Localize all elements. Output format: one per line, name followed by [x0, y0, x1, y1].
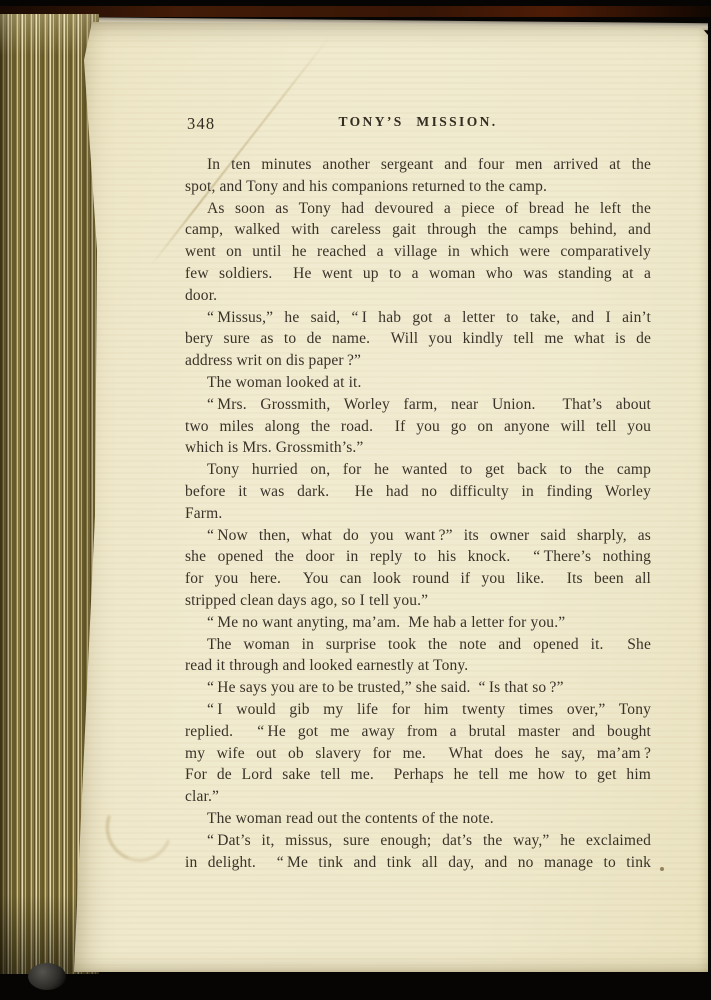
scanned-book-photo: 348 TONY’S MISSION. In ten minutes anoth… [0, 0, 711, 1000]
book-page: 348 TONY’S MISSION. In ten minutes anoth… [62, 22, 708, 972]
text-line: The woman looked at it. [185, 372, 651, 394]
text-line: door. [185, 285, 651, 307]
text-line: spot, and Tony and his companions return… [185, 176, 651, 198]
text-line: “ Now then, what do you want ?” its owne… [185, 525, 651, 547]
paragraph: The woman read out the contents of the n… [185, 808, 651, 830]
text-line: two miles along the road. If you go on a… [185, 416, 651, 438]
text-line: For de Lord sake tell me. Perhaps he tel… [185, 764, 651, 786]
text-line: As soon as Tony had devoured a piece of … [185, 198, 651, 220]
text-line: “ Dat’s it, missus, sure enough; dat’s t… [185, 830, 651, 852]
paragraph: “ Now then, what do you want ?” its owne… [185, 525, 651, 612]
paragraph: “ Dat’s it, missus, sure enough; dat’s t… [185, 830, 651, 874]
paragraph: “ Mrs. Grossmith, Worley farm, near Unio… [185, 394, 651, 459]
text-line: read it through and looked earnestly at … [185, 655, 651, 677]
page-content: 348 TONY’S MISSION. In ten minutes anoth… [185, 22, 651, 873]
text-line: Tony hurried on, for he wanted to get ba… [185, 459, 651, 481]
text-line: few soldiers. He went up to a woman who … [185, 263, 651, 285]
page-number: 348 [187, 114, 215, 134]
running-title: TONY’S MISSION. [185, 114, 651, 130]
paragraph: The woman in surprise took the note and … [185, 634, 651, 678]
text-line: “ Mrs. Grossmith, Worley farm, near Unio… [185, 394, 651, 416]
text-line: “ I would gib my life for him twenty tim… [185, 699, 651, 721]
text-line: replied. “ He got me away from a brutal … [185, 721, 651, 743]
text-line: my wife out ob slavery for me. What does… [185, 743, 651, 765]
text-line: address writ on dis paper ?” [185, 350, 651, 372]
paragraph: “ Me no want anyting, ma’am. Me hab a le… [185, 612, 651, 634]
text-line: before it was dark. He had no difficulty… [185, 481, 651, 503]
page-text: In ten minutes another sergeant and four… [185, 154, 651, 873]
paragraph: “ He says you are to be trusted,” she sa… [185, 677, 651, 699]
paper-speck [660, 867, 664, 871]
text-line: The woman read out the contents of the n… [185, 808, 651, 830]
text-line: went on until he reached a village in wh… [185, 241, 651, 263]
paragraph: In ten minutes another sergeant and four… [185, 154, 651, 198]
text-line: “ He says you are to be trusted,” she sa… [185, 677, 651, 699]
text-line: she opened the door in reply to his knoc… [185, 546, 651, 568]
paragraph: Tony hurried on, for he wanted to get ba… [185, 459, 651, 524]
paragraph: “ Missus,” he said, “ I hab got a letter… [185, 307, 651, 372]
margin-smudge [95, 784, 183, 873]
text-line: clar.” [185, 786, 651, 808]
paragraph: As soon as Tony had devoured a piece of … [185, 198, 651, 307]
text-line: stripped clean days ago, so I tell you.” [185, 590, 651, 612]
text-line: The woman in surprise took the note and … [185, 634, 651, 656]
paragraph: “ I would gib my life for him twenty tim… [185, 699, 651, 808]
text-line: Farm. [185, 503, 651, 525]
text-line: bery sure as to de name. Will you kindly… [185, 328, 651, 350]
paragraph: The woman looked at it. [185, 372, 651, 394]
text-line: for you here. You can look round if you … [185, 568, 651, 590]
text-line: camp, walked with careless gait through … [185, 219, 651, 241]
text-line: “ Missus,” he said, “ I hab got a letter… [185, 307, 651, 329]
text-line: “ Me no want anyting, ma’am. Me hab a le… [185, 612, 651, 634]
page-header: 348 TONY’S MISSION. [185, 114, 651, 134]
book-clasp [28, 963, 66, 990]
book-cover-edge [0, 6, 711, 17]
text-line: in delight. “ Me tink and tink all day, … [185, 852, 651, 874]
text-line: which is Mrs. Grossmith’s.” [185, 437, 651, 459]
text-line: In ten minutes another sergeant and four… [185, 154, 651, 176]
